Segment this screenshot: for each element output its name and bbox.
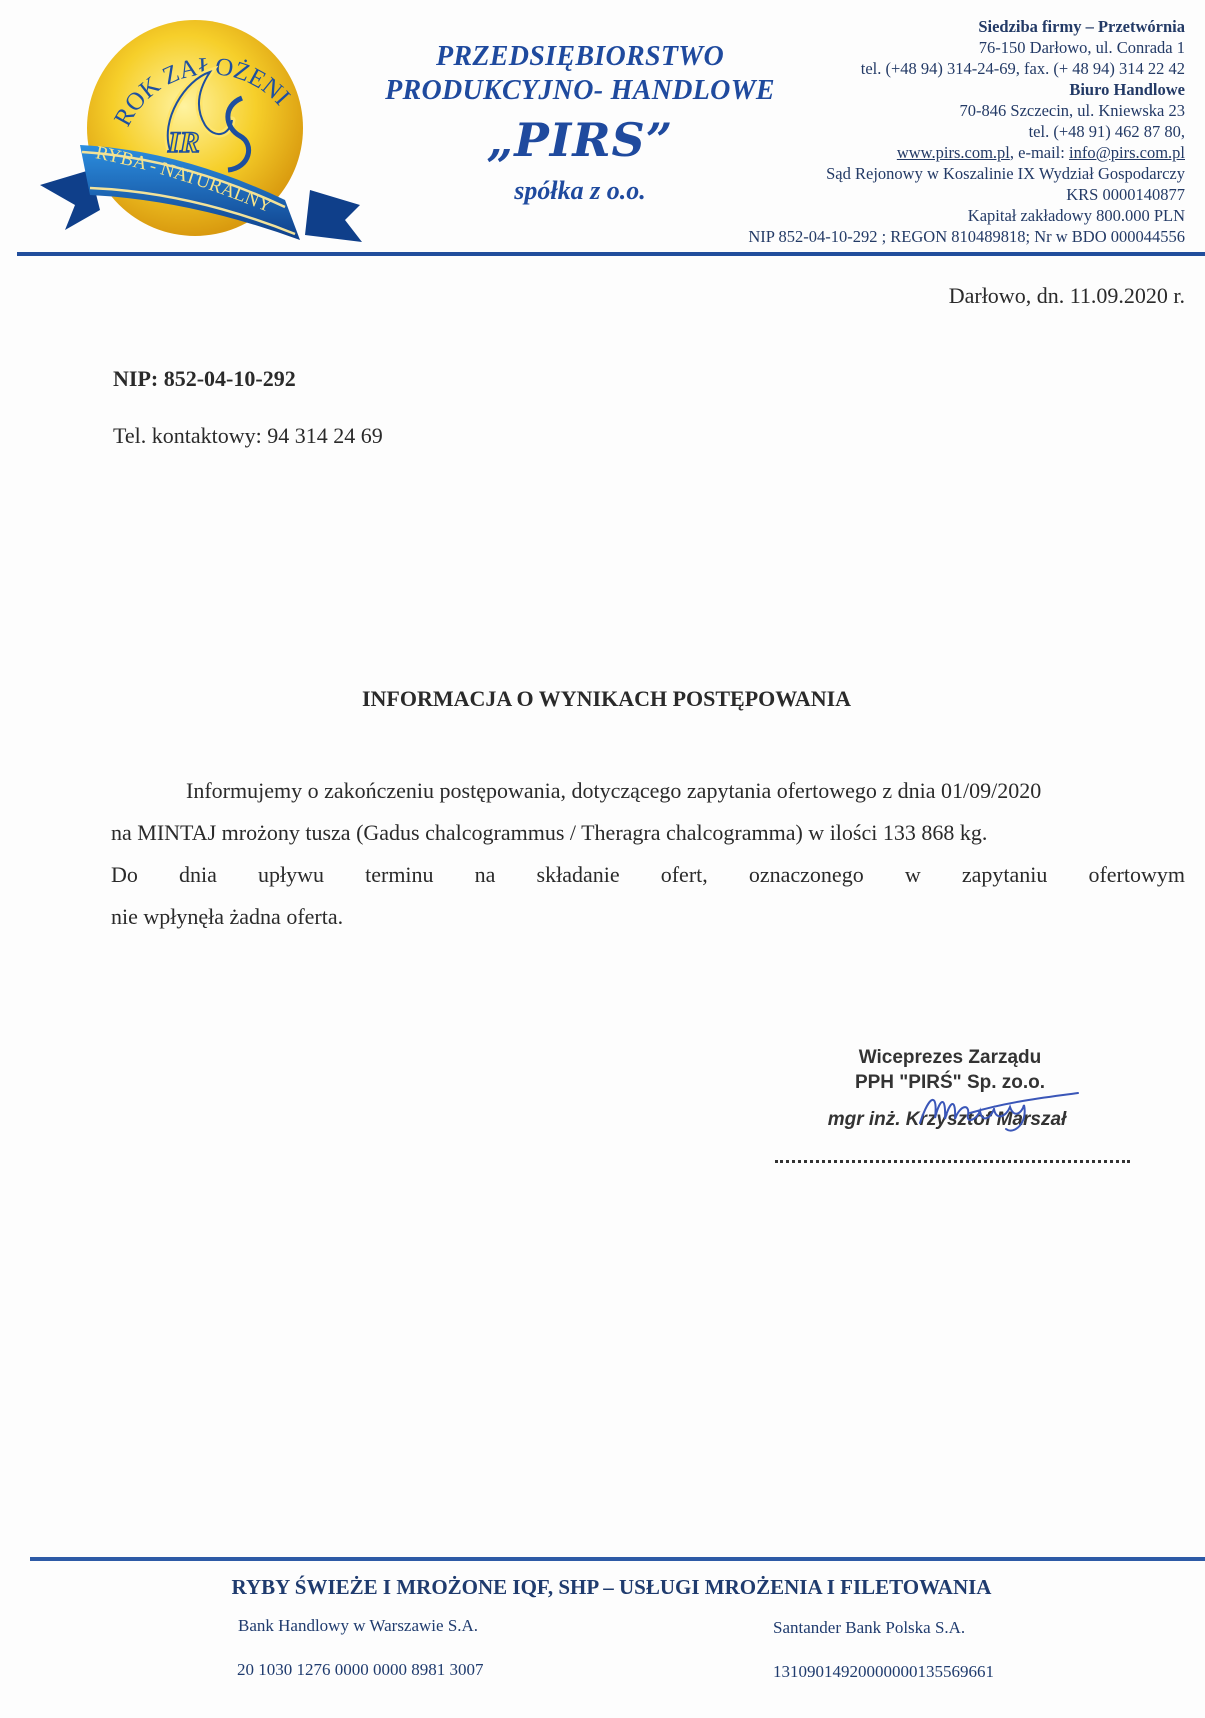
office-address: 70-846 Szczecin, ul. Kniewska 23 bbox=[748, 100, 1185, 121]
paragraph-word: upływu bbox=[258, 854, 324, 896]
paragraph-line-1: Informujemy o zakończeniu postępowania, … bbox=[111, 770, 1185, 812]
paragraph-word: ofertowym bbox=[1088, 854, 1185, 896]
contact-phone: Tel. kontaktowy: 94 314 24 69 bbox=[113, 423, 383, 449]
email-label: , e-mail: bbox=[1010, 143, 1069, 162]
paragraph-line-4: nie wpłynęła żadna oferta. bbox=[111, 896, 1185, 938]
paragraph-word: składanie bbox=[537, 854, 620, 896]
tax-ids: NIP 852-04-10-292 ; REGON 810489818; Nr … bbox=[748, 226, 1185, 247]
paragraph-word: zapytaniu bbox=[962, 854, 1048, 896]
contact-block: Siedziba firmy – Przetwórnia 76-150 Darł… bbox=[748, 16, 1185, 247]
company-name-line1: PRZEDSIĘBIORSTWO bbox=[370, 40, 790, 74]
paragraph-word: ofert, bbox=[661, 854, 708, 896]
share-capital: Kapitał zakładowy 800.000 PLN bbox=[748, 205, 1185, 226]
bank1-name: Bank Handlowy w Warszawie S.A. bbox=[238, 1616, 478, 1636]
paragraph-word: oznaczonego bbox=[749, 854, 864, 896]
bank1-account: 20 1030 1276 0000 0000 8981 3007 bbox=[237, 1660, 484, 1680]
office-heading: Biuro Handlowe bbox=[748, 79, 1185, 100]
hq-phone: tel. (+48 94) 314-24-69, fax. (+ 48 94) … bbox=[748, 58, 1185, 79]
office-phone: tel. (+48 91) 462 87 80, bbox=[748, 121, 1185, 142]
paragraph-word: Do bbox=[111, 854, 138, 896]
footer-services: RYBY ŚWIEŻE I MROŻONE IQF, SHP – USŁUGI … bbox=[0, 1575, 1205, 1600]
bank2-account: 13109014920000000135569661 bbox=[773, 1662, 994, 1682]
bank2-name: Santander Bank Polska S.A. bbox=[773, 1618, 965, 1638]
company-logo: ROK ZAŁOŻENIA 1993 IR RYBA - NATURALNY W… bbox=[10, 10, 380, 250]
email-link[interactable]: info@pirs.com.pl bbox=[1069, 143, 1185, 162]
footer-divider bbox=[30, 1557, 1205, 1561]
company-name-line2: PRODUKCYJNO- HANDLOWE bbox=[370, 74, 790, 108]
hq-address: 76-150 Darłowo, ul. Conrada 1 bbox=[748, 37, 1185, 58]
letter-date: Darłowo, dn. 11.09.2020 r. bbox=[949, 283, 1185, 309]
header-divider bbox=[17, 252, 1205, 256]
hq-heading: Siedziba firmy – Przetwórnia bbox=[748, 16, 1185, 37]
letter-title: INFORMACJA O WYNIKACH POSTĘPOWANIA bbox=[0, 686, 1205, 712]
paragraph-word: dnia bbox=[179, 854, 217, 896]
paragraph-line-2: na MINTAJ mrożony tusza (Gadus chalcogra… bbox=[111, 812, 1185, 854]
court-registry: Sąd Rejonowy w Koszalinie IX Wydział Gos… bbox=[748, 163, 1185, 184]
paragraph-word: na bbox=[475, 854, 496, 896]
signatory-role: Wiceprezes Zarządu bbox=[800, 1045, 1100, 1070]
company-legal-form: spółka z o.o. bbox=[370, 174, 790, 208]
paragraph-line-3: Dodniaupływuterminunaskładanieofert,ozna… bbox=[111, 854, 1185, 896]
website-link[interactable]: www.pirs.com.pl bbox=[897, 143, 1010, 162]
logo-graphic: ROK ZAŁOŻENIA 1993 IR RYBA - NATURALNY W… bbox=[10, 10, 380, 250]
recipient-nip: NIP: 852-04-10-292 bbox=[113, 366, 296, 392]
logo-monogram: IR bbox=[167, 126, 200, 159]
paragraph-word: w bbox=[905, 854, 921, 896]
krs-number: KRS 0000140877 bbox=[748, 184, 1185, 205]
paragraph-word: terminu bbox=[365, 854, 433, 896]
handwritten-signature bbox=[910, 1083, 1080, 1138]
company-brand: „PIRS” bbox=[370, 112, 790, 168]
web-email-line: www.pirs.com.pl, e-mail: info@pirs.com.p… bbox=[748, 142, 1185, 163]
signature-line bbox=[775, 1160, 1130, 1163]
letter-paragraph: Informujemy o zakończeniu postępowania, … bbox=[111, 770, 1185, 938]
company-name-block: PRZEDSIĘBIORSTWO PRODUKCYJNO- HANDLOWE „… bbox=[370, 40, 790, 208]
